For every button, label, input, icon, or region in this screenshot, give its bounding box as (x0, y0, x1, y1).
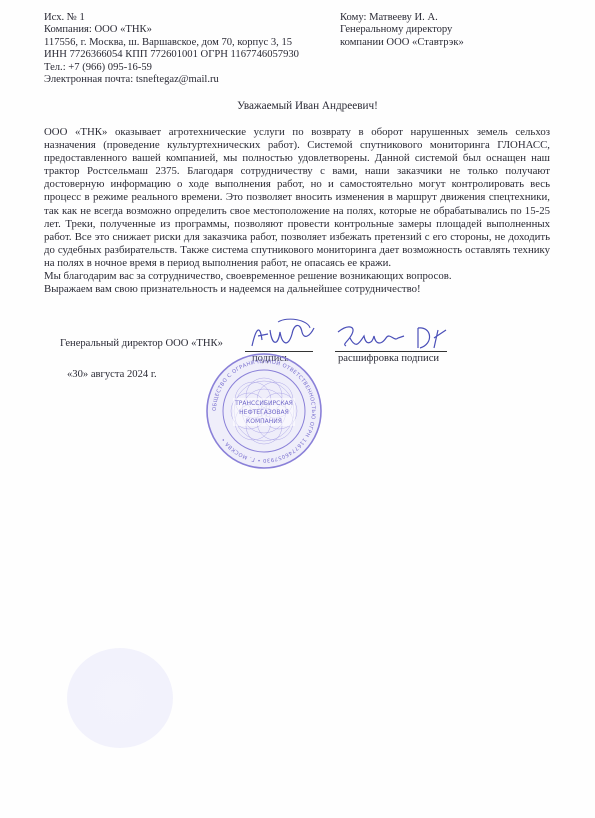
closing-line: Выражаем вам свою признательность и наде… (44, 283, 550, 296)
sender-phone: Тел.: +7 (966) 095-16-59 (44, 62, 299, 74)
recipient-position: Генеральному директору (340, 24, 464, 36)
recipient-company: компании ООО «Ставтрэк» (340, 37, 464, 49)
signature-icon (248, 318, 318, 354)
letter-page: Исх. № 1 Компания: ООО «ТНК» 117556, г. … (0, 0, 595, 818)
stamp-line-3: КОМПАНИЯ (246, 418, 282, 425)
stamp-line-1: ТРАНССИБИРСКАЯ (234, 400, 293, 407)
recipient-block: Кому: Матвееву И. А. Генеральному директ… (340, 12, 464, 49)
letter-date: «30» августа 2024 г. (67, 369, 157, 380)
recipient-name: Кому: Матвееву И. А. (340, 12, 464, 24)
sender-email: Электронная почта: tsneftegaz@mail.ru (44, 74, 299, 86)
signer-title: Генеральный директор ООО «ТНК» (60, 338, 223, 349)
letter-body: ООО «ТНК» оказывает агротехнические услу… (44, 126, 550, 296)
decryption-label: расшифровка подписи (338, 353, 439, 364)
reference-number: Исх. № 1 (44, 12, 299, 24)
company-stamp-icon: ОБЩЕСТВО С ОГРАНИЧЕННОЙ ОТВЕТСТВЕННОСТЬЮ… (205, 352, 323, 470)
sender-company: Компания: ООО «ТНК» (44, 24, 299, 36)
signature-decryption-icon (334, 320, 454, 354)
thanks-line: Мы благодарим вас за сотрудничество, сво… (44, 270, 550, 283)
sender-address: 117556, г. Москва, ш. Варшавское, дом 70… (44, 37, 299, 49)
main-paragraph: ООО «ТНК» оказывает агротехнические услу… (44, 126, 550, 270)
sender-registration: ИНН 7726366054 КПП 772601001 ОГРН 116774… (44, 49, 299, 61)
greeting: Уважаемый Иван Андреевич! (0, 100, 595, 112)
sender-block: Исх. № 1 Компания: ООО «ТНК» 117556, г. … (44, 12, 299, 86)
faint-stamp-imprint (67, 648, 173, 748)
stamp-line-2: НЕФТЕГАЗОВАЯ (239, 409, 289, 416)
